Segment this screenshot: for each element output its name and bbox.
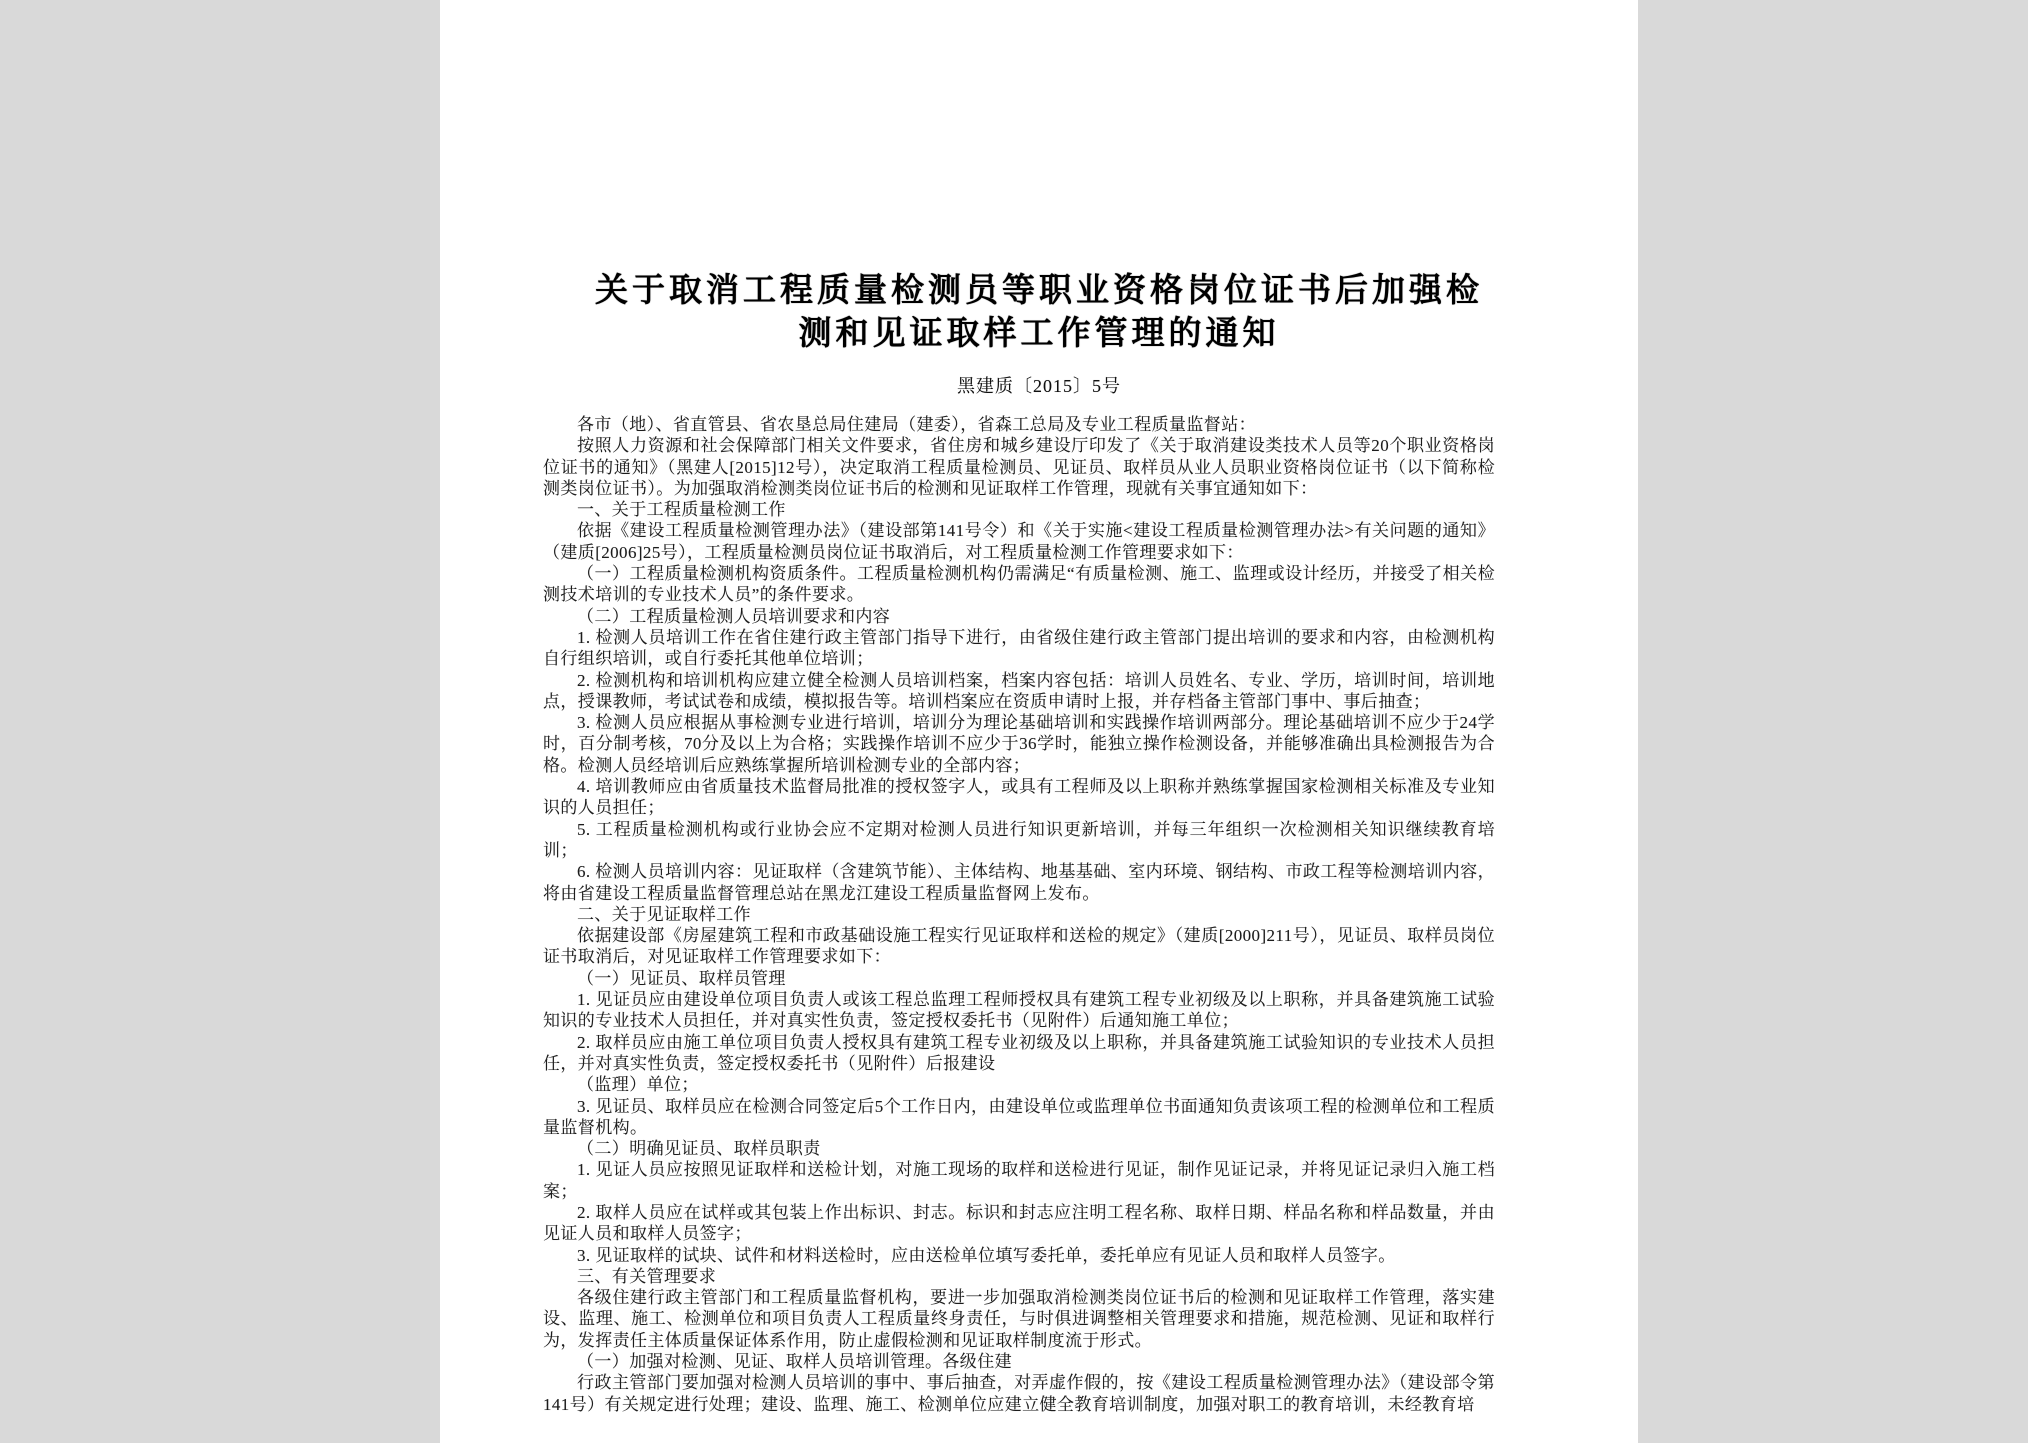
body-paragraph: 按照人力资源和社会保障部门相关文件要求，省住房和城乡建设厅印发了《关于取消建设类… xyxy=(543,435,1495,499)
body-paragraph: 依据建设部《房屋建筑工程和市政基础设施工程实行见证取样和送检的规定》（建质[20… xyxy=(543,925,1495,968)
document-body: 各市（地）、省直管县、省农垦总局住建局（建委），省森工总局及专业工程质量监督站：… xyxy=(543,414,1495,1415)
salutation-paragraph: 各市（地）、省直管县、省农垦总局住建局（建委），省森工总局及专业工程质量监督站： xyxy=(543,414,1495,435)
body-paragraph: 3. 见证员、取样员应在检测合同签定后5个工作日内，由建设单位或监理单位书面通知… xyxy=(543,1096,1495,1139)
body-paragraph: 5. 工程质量检测机构或行业协会应不定期对检测人员进行知识更新培训，并每三年组织… xyxy=(543,819,1495,862)
body-paragraph: （监理）单位； xyxy=(543,1074,1495,1095)
body-paragraph: 3. 见证取样的试块、试件和材料送检时，应由送检单位填写委托单，委托单应有见证人… xyxy=(543,1245,1495,1266)
section-heading: 三、有关管理要求 xyxy=(543,1266,1495,1287)
body-paragraph: 1. 见证员应由建设单位项目负责人或该工程总监理工程师授权具有建筑工程专业初级及… xyxy=(543,989,1495,1032)
body-paragraph: 4. 培训教师应由省质量技术监督局批准的授权签字人，或具有工程师及以上职称并熟练… xyxy=(543,776,1495,819)
scanned-notice-canvas: 关于取消工程质量检测员等职业资格岗位证书后加强检 测和见证取样工作管理的通知 黑… xyxy=(0,0,2028,1443)
body-paragraph: 1. 见证人员应按照见证取样和送检计划，对施工现场的取样和送检进行见证，制作见证… xyxy=(543,1159,1495,1202)
body-paragraph: 6. 检测人员培训内容：见证取样（含建筑节能）、主体结构、地基基础、室内环境、钢… xyxy=(543,861,1495,904)
document-title-line1: 关于取消工程质量检测员等职业资格岗位证书后加强检 xyxy=(440,268,1638,311)
body-paragraph: 各级住建行政主管部门和工程质量监督机构，要进一步加强取消检测类岗位证书后的检测和… xyxy=(543,1287,1495,1351)
subsection-heading: （一）见证员、取样员管理 xyxy=(543,968,1495,989)
section-heading: 二、关于见证取样工作 xyxy=(543,904,1495,925)
body-paragraph: 2. 取样员应由施工单位项目负责人授权具有建筑工程专业初级及以上职称，并具备建筑… xyxy=(543,1032,1495,1075)
document-title-line2: 测和见证取样工作管理的通知 xyxy=(440,311,1638,354)
section-heading: 一、关于工程质量检测工作 xyxy=(543,499,1495,520)
subsection-heading: （二）明确见证员、取样员职责 xyxy=(543,1138,1495,1159)
body-paragraph: 3. 检测人员应根据从事检测专业进行培训，培训分为理论基础培训和实践操作培训两部… xyxy=(543,712,1495,776)
document-page: 关于取消工程质量检测员等职业资格岗位证书后加强检 测和见证取样工作管理的通知 黑… xyxy=(440,0,1638,1443)
document-number: 黑建质〔2015〕5号 xyxy=(440,372,1638,398)
body-paragraph: （一）工程质量检测机构资质条件。工程质量检测机构仍需满足“有质量检测、施工、监理… xyxy=(543,563,1495,606)
body-paragraph: 行政主管部门要加强对检测人员培训的事中、事后抽查，对弄虚作假的，按《建设工程质量… xyxy=(543,1372,1495,1415)
body-paragraph: 依据《建设工程质量检测管理办法》（建设部第141号令）和《关于实施<建设工程质量… xyxy=(543,520,1495,563)
body-paragraph: 1. 检测人员培训工作在省住建行政主管部门指导下进行，由省级住建行政主管部门提出… xyxy=(543,627,1495,670)
document-title: 关于取消工程质量检测员等职业资格岗位证书后加强检 测和见证取样工作管理的通知 xyxy=(440,268,1638,354)
body-paragraph: 2. 检测机构和培训机构应建立健全检测人员培训档案，档案内容包括：培训人员姓名、… xyxy=(543,670,1495,713)
subsection-heading: （一）加强对检测、见证、取样人员培训管理。各级住建 xyxy=(543,1351,1495,1372)
subsection-heading: （二）工程质量检测人员培训要求和内容 xyxy=(543,606,1495,627)
body-paragraph: 2. 取样人员应在试样或其包装上作出标识、封志。标识和封志应注明工程名称、取样日… xyxy=(543,1202,1495,1245)
